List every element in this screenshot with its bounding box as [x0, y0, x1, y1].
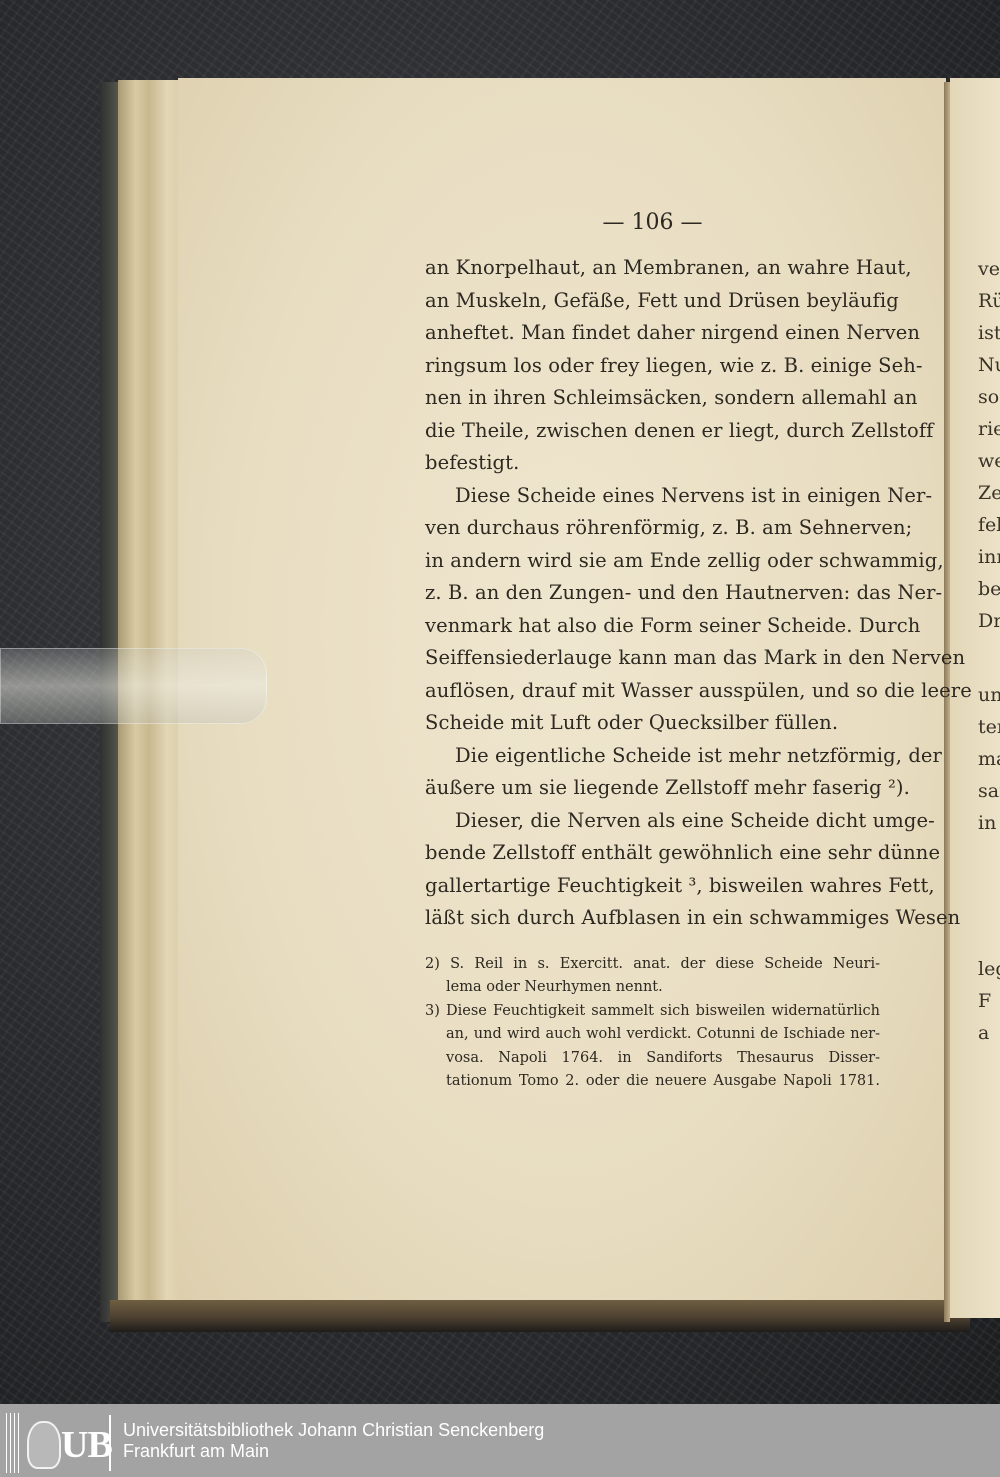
footnote-line: vosa. Napoli 1764. in Sandiforts Thesaur…: [425, 1047, 880, 1071]
facing-page-fragment: vern: [978, 258, 1000, 280]
facing-page-fragment: ten,: [978, 716, 1000, 738]
footnote-line: 3) Diese Feuchtigkeit sammelt sich biswe…: [425, 1000, 880, 1024]
page-bottom-edge: [110, 1300, 970, 1332]
facing-page-fragment: Zel: [978, 482, 1000, 504]
facing-page-fragment: sam: [978, 780, 1000, 802]
facing-page-fragment: leg: [978, 958, 1000, 980]
facing-page-fragment: in: [978, 812, 996, 834]
paragraph: Die eigentliche Scheide ist mehr netzför…: [425, 740, 880, 805]
facing-page-fragment: F: [978, 990, 991, 1012]
text-line: bende Zellstoff enthält gewöhnlich eine …: [425, 837, 880, 870]
text-line: befestigt.: [425, 447, 880, 480]
facing-page-fragment: Rüc: [978, 290, 1000, 312]
text-line: äußere um sie liegende Zellstoff mehr fa…: [425, 772, 880, 805]
facing-page-fragment: Nur: [978, 354, 1000, 376]
institution-line-1: Universitätsbibliothek Johann Christian …: [123, 1420, 544, 1441]
text-line: die Theile, zwischen denen er liegt, dur…: [425, 415, 880, 448]
facing-page-fragment: a: [978, 1022, 989, 1044]
footnote-2: 2) S. Reil in s. Exercitt. anat. der die…: [425, 953, 880, 1000]
text-line: Scheide mit Luft oder Quecksilber füllen…: [425, 707, 880, 740]
text-line: Diese Scheide eines Nervens ist in einig…: [425, 480, 880, 513]
logo-stripes-icon: [6, 1413, 22, 1473]
text-line: nen in ihren Schleimsäcken, sondern alle…: [425, 382, 880, 415]
facing-page-fragment: sonst: [978, 386, 1000, 408]
footnote-line: an, und wird auch wohl verdickt. Cotunni…: [425, 1023, 880, 1047]
footnote-3: 3) Diese Feuchtigkeit sammelt sich biswe…: [425, 1000, 880, 1094]
facing-page-fragment: und: [978, 684, 1000, 706]
ub-logo[interactable]: UB: [3, 1409, 111, 1473]
text-line: an Muskeln, Gefäße, Fett und Drüsen beyl…: [425, 285, 880, 318]
paragraph: an Knorpelhaut, an Membranen, an wahre H…: [425, 252, 880, 480]
footnote-line: lema oder Neurhymen nennt.: [425, 976, 880, 1000]
text-line: in andern wird sie am Ende zellig oder s…: [425, 545, 880, 578]
text-line: venmark hat also die Form seiner Scheide…: [425, 610, 880, 643]
paragraph: Diese Scheide eines Nervens ist in einig…: [425, 480, 880, 740]
page-number: — 106 —: [425, 210, 880, 238]
facing-page-fragment: fel: [978, 514, 1000, 536]
text-line: läßt sich durch Aufblasen in ein schwamm…: [425, 902, 880, 935]
facing-page-fragment: rien,: [978, 418, 1000, 440]
text-line: z. B. an den Zungen- und den Hautnerven:…: [425, 577, 880, 610]
text-line: ringsum los oder frey liegen, wie z. B. …: [425, 350, 880, 383]
text-line: Die eigentliche Scheide ist mehr netzför…: [425, 740, 880, 773]
facing-page-fragment: wen: [978, 450, 1000, 472]
facing-page-fragment: inn: [978, 546, 1000, 568]
page-text-block: — 106 — an Knorpelhaut, an Membranen, an…: [425, 210, 880, 1094]
footnotes: 2) S. Reil in s. Exercitt. anat. der die…: [425, 953, 880, 1094]
facing-page-fragment: ben: [978, 578, 1000, 600]
institution-name: Universitätsbibliothek Johann Christian …: [123, 1420, 544, 1462]
logo-portrait-icon: [27, 1421, 61, 1469]
text-line: gallertartige Feuchtigkeit ³, bisweilen …: [425, 870, 880, 903]
footnote-line: 2) S. Reil in s. Exercitt. anat. der die…: [425, 953, 880, 977]
text-line: anheftet. Man findet daher nirgend einen…: [425, 317, 880, 350]
footnote-line: tationum Tomo 2. oder die neuere Ausgabe…: [425, 1070, 880, 1094]
facing-page-fragment: Dru: [978, 610, 1000, 632]
text-line: Seiffensiederlauge kann man das Mark in …: [425, 642, 880, 675]
text-line: Dieser, die Nerven als eine Scheide dich…: [425, 805, 880, 838]
facing-page-fragment: ma: [978, 748, 1000, 770]
library-footer: UB Universitätsbibliothek Johann Christi…: [0, 1404, 1000, 1477]
institution-line-2: Frankfurt am Main: [123, 1441, 544, 1462]
text-line: an Knorpelhaut, an Membranen, an wahre H…: [425, 252, 880, 285]
facing-page-fragment: ist,: [978, 322, 1000, 344]
paragraph: Dieser, die Nerven als eine Scheide dich…: [425, 805, 880, 935]
page-weight: [0, 648, 267, 724]
logo-text: UB: [61, 1423, 112, 1467]
text-line: ven durchaus röhrenförmig, z. B. am Sehn…: [425, 512, 880, 545]
logo-divider: [109, 1415, 111, 1471]
text-line: auflösen, drauf mit Wasser ausspülen, un…: [425, 675, 880, 708]
